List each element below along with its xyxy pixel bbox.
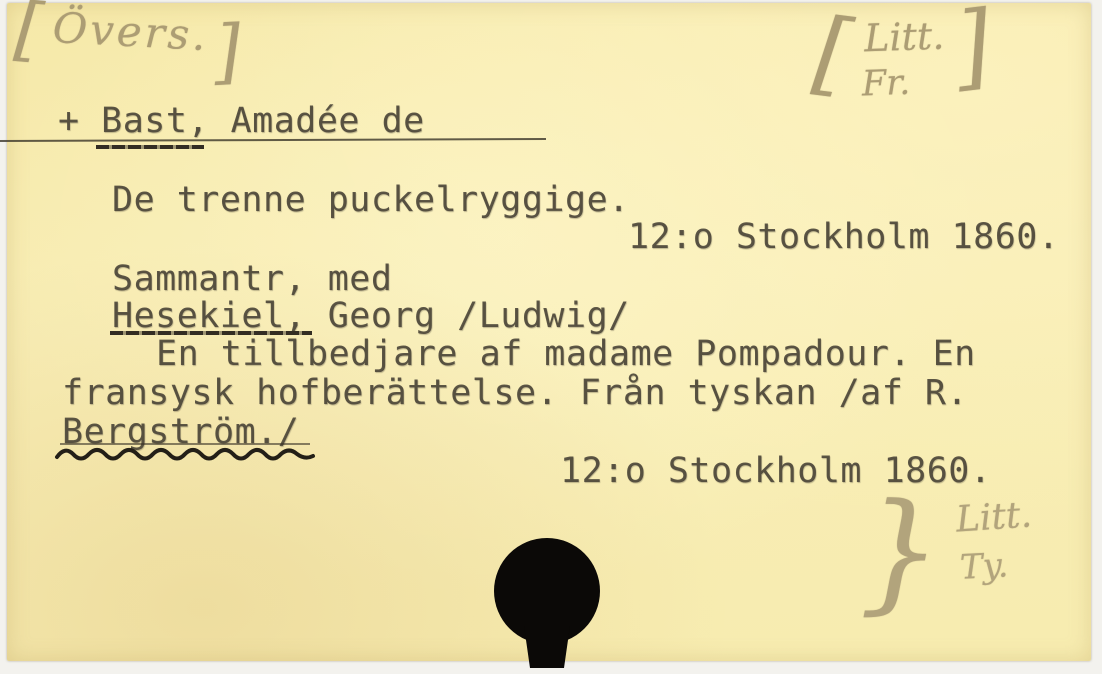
punch-hole: [468, 528, 640, 668]
open-bracket: [: [810, 12, 855, 96]
pencil-note-overs: [ Övers. ]: [13, 0, 243, 83]
open-bracket: [: [13, 0, 46, 61]
pencil-note-litt2: Litt.: [954, 494, 1032, 540]
brace: }: [859, 495, 942, 607]
close-bracket: ]: [212, 20, 243, 83]
pencil-note-litt-ty: } Litt. Ty.: [859, 495, 1032, 607]
catalog-card: [ Övers. ] [ Litt. Fr. ] + Bast, Amadée …: [7, 3, 1091, 661]
pencil-note-overs-text: Övers.: [52, 3, 210, 60]
close-bracket: ]: [950, 5, 995, 89]
heading-author: + Bast, Amadée de: [58, 104, 425, 139]
together-note: Sammantr, med: [112, 262, 392, 297]
imprint-line-1: 12:o Stockholm 1860.: [628, 220, 1059, 255]
pencil-note-ty: Ty.: [959, 544, 1033, 588]
pencil-note-litt: Litt.: [863, 14, 945, 61]
bast-underline: [96, 145, 204, 149]
note-line-2: fransysk hofberättelse. Från tyskan /af …: [62, 376, 968, 411]
title-line: De trenne puckelryggige.: [112, 183, 630, 218]
pencil-note-litt-fr: [ Litt. Fr. ]: [813, 8, 992, 106]
second-author: Hesekiel, Georg /Ludwig/: [112, 299, 630, 334]
pencil-note-fr: Fr.: [861, 62, 946, 105]
bergstrom-wavy-underline: [53, 441, 321, 467]
note-line-1: En tillbedjare af madame Pompadour. En: [156, 337, 976, 372]
